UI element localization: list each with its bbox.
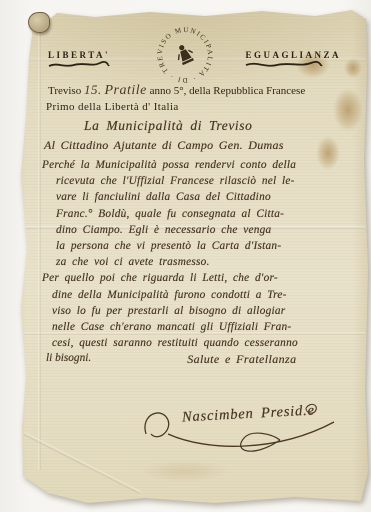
signature-block: Nascimben Presid.e <box>138 394 350 456</box>
ink-stain <box>140 460 230 482</box>
dateline: Treviso 15. Pratile anno 5°, della Repub… <box>48 82 348 99</box>
flourish-underline-icon <box>245 61 323 69</box>
flourish-underline-icon <box>48 61 110 69</box>
handwritten-line: cesi, questi saranno restituiti quando c… <box>42 335 355 351</box>
dateline-second-line: Primo della Libertà d' Italia <box>46 101 179 113</box>
motto-eguaglianza: EGUAGLIANZA <box>245 50 341 69</box>
scan-background: LIBERTA' EGUAGLIANZA MUNICIPALITA · DI ·… <box>0 0 371 512</box>
seal-figure-icon <box>173 42 195 66</box>
dateline-day-handwritten: 15. <box>84 82 102 97</box>
dateline-month-handwritten: Pratile <box>104 83 146 98</box>
fold-crease <box>38 30 41 470</box>
motto-eguaglianza-label: EGUAGLIANZA <box>245 50 341 60</box>
handwritten-line: la persona che vi presentò la Carta d'Is… <box>42 238 355 254</box>
ink-stain <box>344 58 362 78</box>
motto-liberta: LIBERTA' <box>48 50 110 69</box>
handwritten-line: Perché la Municipalità possa rendervi co… <box>42 157 355 173</box>
closing-left-text: li bisogni. <box>46 352 91 367</box>
handwritten-line: Per quello poi che riguarda li Letti, ch… <box>42 270 355 286</box>
dateline-year: anno 5°, <box>150 85 187 97</box>
closing-row: li bisogni. Salute e Fratellanza <box>46 352 351 367</box>
letter-body: Perché la Municipalità possa rendervi co… <box>42 157 355 351</box>
seal-remnant <box>28 12 50 33</box>
document-paper: LIBERTA' EGUAGLIANZA MUNICIPALITA · DI ·… <box>0 0 371 512</box>
fold-crease <box>23 432 140 494</box>
signature-flourish-icon <box>138 394 350 456</box>
handwritten-line: viso lo fu per prestarli al bisogno di a… <box>42 303 355 319</box>
handwritten-line: vare li fanciulini dalla Casa del Cittad… <box>42 189 355 205</box>
handwritten-line: za che voi ci avete trasmesso. <box>42 254 355 270</box>
letter-salutation: La Municipalità di Treviso <box>84 118 252 134</box>
handwritten-line: Franc.° Boldù, quale fu consegnata al Ci… <box>42 206 355 222</box>
handwritten-line: dino Ciampo. Egli è necessario che venga <box>42 222 355 238</box>
paper-sheet: LIBERTA' EGUAGLIANZA MUNICIPALITA · DI ·… <box>0 0 371 512</box>
letter-addressee: Al Cittadino Ajutante di Campo Gen. Duma… <box>44 138 284 153</box>
handwritten-line: nelle Case ch'erano mancati gli Uffizial… <box>42 319 355 335</box>
dateline-place: Treviso <box>48 85 81 97</box>
closing-valediction: Salute e Fratellanza <box>187 352 296 367</box>
dateline-republic: della Repubblica Francese <box>189 85 305 97</box>
handwritten-line: ricevuta che l'Uffizial Francese rilasci… <box>42 173 355 189</box>
handwritten-line: dine della Municipalità furono condotti … <box>42 287 355 303</box>
motto-liberta-label: LIBERTA' <box>48 50 110 60</box>
